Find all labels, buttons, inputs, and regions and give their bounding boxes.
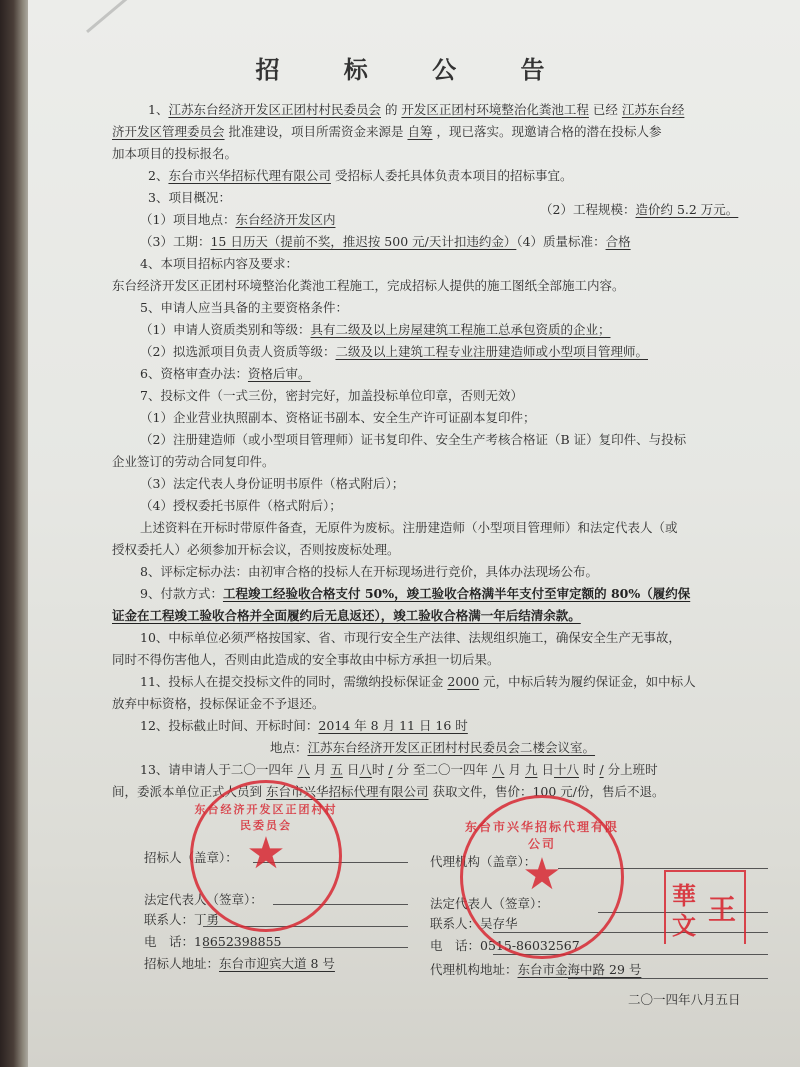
para-7-note-a: 上述资料在开标时带原件备查，无原件为废标。注册建造师（小型项目管理师）和法定代表… <box>140 518 678 536</box>
agency-red-stamp: 东台市兴华招标代理有限公司 ★ <box>460 795 624 959</box>
signature-line <box>568 978 768 979</box>
star-icon: ★ <box>522 853 561 897</box>
para-13-line-2: 间，委派本单位正式人员到 东台市兴华招标代理有限公司 获取文件，售价：100 元… <box>112 782 665 800</box>
para-10-line-1: 10、中标单位必须严格按国家、省、市现行安全生产法律、法规组织施工，确保安全生产… <box>140 628 681 646</box>
para-11-line-2: 放弃中标资格，投标保证金不予退还。 <box>112 694 325 712</box>
tenderer-address: 招标人地址：东台市迎宾大道 8 号 <box>144 954 335 972</box>
personal-seal: 華 文 王 <box>664 870 746 944</box>
funding-source: 自筹 <box>407 124 432 139</box>
para-7-heading: 7、投标文件（一式三份，密封完好，加盖投标单位印章，否则无效） <box>140 386 523 404</box>
para-8: 8、评标定标办法：由初审合格的投标人在开标现场进行竞价，具体办法现场公布。 <box>140 562 598 580</box>
notice-date: 二〇一四年八月五日 <box>628 990 741 1008</box>
para-7-item-1: （1）企业营业执照副本、资格证书副本、安全生产许可证副本复印件； <box>140 408 535 426</box>
project-duration-quality: （3）工期：15 日历天（提前不奖，推迟按 500 元/天计扣违约金）（4）质量… <box>140 232 631 250</box>
para-13-line-1: 13、请申请人于二〇一四年 八 月 五 日八时 / 分 至二〇一四年 八 月 九… <box>140 760 658 778</box>
qualification-1: （1）申请人资质类别和等级：具有二级及以上房屋建筑工程施工总承包资质的企业； <box>140 320 610 338</box>
para-4-text: 东台经济开发区正团村环境整治化粪池工程施工，完成招标人提供的施工图纸全部施工内容… <box>112 276 625 294</box>
para-1-line-1: 1、江苏东台经济开发区正团村村民委员会 的 开发区正团村环境整治化粪池工程 已经… <box>148 100 684 118</box>
para-9-line-1: 9、付款方式：工程竣工经验收合格支付 50%，竣工验收合格满半年支付至审定额的 … <box>140 584 690 602</box>
bid-deposit: 2000 <box>447 674 479 689</box>
project-location: （1）项目地点：东台经济开发区内 <box>140 210 335 228</box>
para-2: 2、东台市兴华招标代理有限公司 受招标人委托具体负责本项目的招标事宜。 <box>148 166 572 184</box>
project-scale: （2）工程规模：造价约 5.2 万元。 <box>540 200 738 218</box>
page-title: 招 标 公 告 <box>28 50 800 85</box>
para-1-line-3: 加本项目的投标报名。 <box>112 144 237 162</box>
para-10-line-2: 同时不得伤害他人，否则由此造成的安全事故由中标方承担一切后果。 <box>112 650 500 668</box>
notice-paper: 招 标 公 告 1、江苏东台经济开发区正团村村民委员会 的 开发区正团村环境整治… <box>28 0 800 1067</box>
paper-crease <box>67 0 149 33</box>
signature-line <box>203 947 408 948</box>
tenderer-red-stamp: 东台经济开发区正团村村民委员会 ★ <box>190 780 342 932</box>
para-11-line-1: 11、投标人在提交投标文件的同时，需缴纳投标保证金 2000 元，中标后转为履约… <box>140 672 696 690</box>
para-9-line-2: 证金在工程竣工验收合格并全面履约后无息返还），竣工验收合格满一年后结清余款。 <box>112 606 581 624</box>
bid-place: 地点：江苏东台经济开发区正团村村民委员会二楼会议室。 <box>270 738 595 756</box>
star-icon: ★ <box>246 832 285 876</box>
qualification-2: （2）拟选派项目负责人资质等级：二级及以上建筑工程专业注册建造师或小型项目管理师… <box>140 342 648 360</box>
para-7-item-3: （3）法定代表人身份证明书原件（格式附后）； <box>140 474 404 492</box>
desk-edge <box>0 0 30 1067</box>
signature-line <box>203 926 408 927</box>
project-name: 开发区正团村环境整治化粪池工程 <box>401 102 589 117</box>
para-7-item-2b: 企业签订的劳动合同复印件。 <box>112 452 275 470</box>
para-1-line-2: 济开发区管理委员会 批准建设，项目所需资金来源是 自筹 ，现已落实。现邀请合格的… <box>112 122 661 140</box>
para-5-heading: 5、申请人应当具备的主要资格条件： <box>140 298 348 316</box>
agency-address: 代理机构地址：东台市金海中路 29 号 <box>430 960 641 978</box>
para-7-item-2a: （2）注册建造师（或小型项目管理师）证书复印件、安全生产考核合格证（B 证）复印… <box>140 430 686 448</box>
para-6: 6、资格审查办法：资格后审。 <box>140 364 310 382</box>
agent-name: 东台市兴华招标代理有限公司 <box>168 168 331 183</box>
tenderer-name: 江苏东台经济开发区正团村村民委员会 <box>168 102 381 117</box>
para-3-heading: 3、项目概况： <box>148 188 231 206</box>
para-7-item-4: （4）授权委托书原件（格式附后）； <box>140 496 342 514</box>
bid-deadline: 12、投标截止时间、开标时间：2014 年 8 月 11 日 16 时 <box>140 716 468 734</box>
para-4-heading: 4、本项目招标内容及要求： <box>140 254 298 272</box>
para-7-note-b: 授权委托人）必须参加开标会议，否则按废标处理。 <box>112 540 400 558</box>
